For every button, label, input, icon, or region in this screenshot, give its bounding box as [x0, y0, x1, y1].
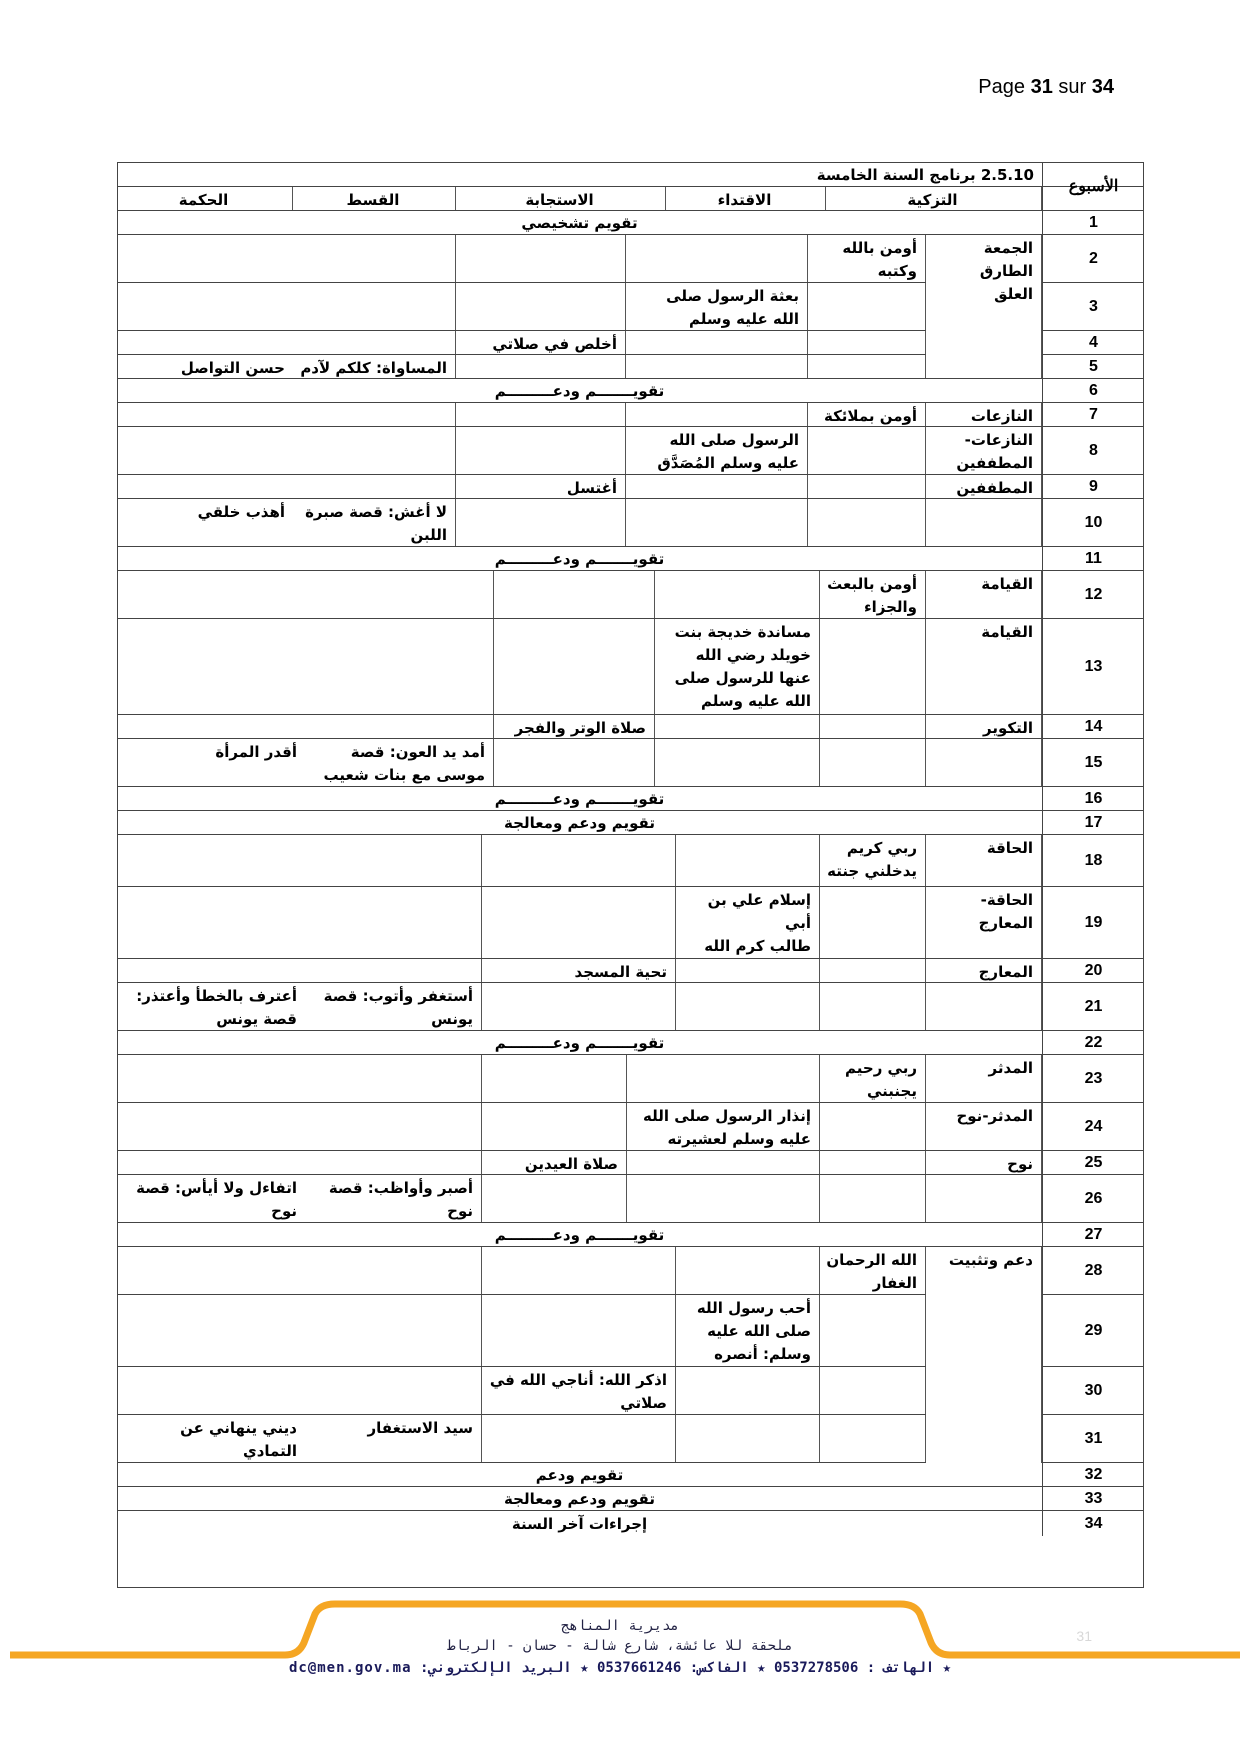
cell-qist: سيد الاستغفار	[305, 1415, 482, 1462]
cell-tazkiya	[808, 331, 926, 354]
cell-iqtida: إسلام علي بن أبي طالب كرم الله وجهه	[676, 887, 820, 958]
cell-surah: نوح	[926, 1151, 1042, 1174]
table-row: أغتسلالمطففين9	[117, 474, 1144, 498]
cell-qist	[293, 331, 456, 354]
page-sep: sur	[1058, 76, 1086, 98]
page-number: Page 31 sur 34	[978, 76, 1114, 99]
cell-tazkiya: أومن بالله وكتبه ورسله	[808, 235, 926, 282]
col-header-tazkiya: التزكية	[826, 187, 1042, 210]
cell-hikma	[117, 887, 305, 958]
cell-qist	[293, 427, 456, 474]
cell-iqtida: أحب رسول الله صلى الله عليه وسلم: أنصره	[676, 1295, 820, 1366]
week-span-label: تقويـــــــم ودعـــــــــم	[117, 787, 1042, 810]
cell-qist	[305, 887, 482, 958]
cell-istijaba	[456, 355, 626, 378]
week-number: 20	[1042, 959, 1144, 982]
cell-hikma	[117, 235, 293, 282]
cell-iqtida	[626, 499, 808, 546]
week-number: 14	[1042, 715, 1144, 738]
program-table: 2.5.10 برنامج السنة الخامسة الحكمة القسط…	[117, 162, 1144, 1588]
cell-surah: الجمعة الطارق العلق	[926, 235, 1042, 355]
cell-hikma: أهذب خلقي	[117, 499, 293, 546]
cell-istijaba	[494, 739, 655, 786]
cell-iqtida	[627, 1055, 820, 1102]
week-number: 15	[1042, 739, 1144, 786]
ghost-page-number: 31	[1076, 1628, 1092, 1644]
week-number: 7	[1042, 403, 1144, 426]
cell-istijaba	[482, 835, 676, 886]
cell-surah	[926, 739, 1042, 786]
week-number: 6	[1042, 379, 1144, 402]
cell-istijaba	[482, 1247, 676, 1294]
cell-istijaba	[494, 571, 655, 618]
table-row: أقدر المرأةأمد يد العون: قصة موسى مع بنا…	[117, 738, 1144, 786]
week-number: 33	[1042, 1487, 1144, 1510]
table-row: تقويـــــــم ودعـــــــــم11	[117, 546, 1144, 570]
table-header-row: الحكمة القسط الاستجابة الاقتداء التزكية	[117, 186, 1144, 210]
table-row: حسن التواصلالمساواة: كلكم لآدم5	[117, 354, 1144, 378]
cell-iqtida: مساندة خديجة بنت خويلد رضي الله عنها للر…	[655, 619, 820, 714]
cell-qist	[305, 619, 494, 714]
week-number: 24	[1042, 1103, 1144, 1150]
cell-istijaba	[482, 1295, 676, 1366]
table-row: صلاة الوتر والفجرالتكوير14	[117, 714, 1144, 738]
table-row: صلاة العيديننوح25	[117, 1150, 1144, 1174]
cell-qist	[293, 403, 456, 426]
week-span-label: إجراءات آخر السنة	[117, 1511, 1042, 1536]
cell-qist	[305, 571, 494, 618]
cell-iqtida	[676, 1247, 820, 1294]
cell-istijaba	[482, 1415, 676, 1462]
week-number: 25	[1042, 1151, 1144, 1174]
cell-hikma	[117, 283, 293, 330]
cell-tazkiya	[820, 959, 926, 982]
cell-hikma: أقدر المرأة	[117, 739, 305, 786]
cell-hikma	[117, 1247, 305, 1294]
week-number: 18	[1042, 835, 1144, 886]
footer: مديرية المناهج ملحقة للا عائشة، شارع شال…	[0, 1600, 1240, 1740]
cell-hikma	[117, 1295, 305, 1366]
cell-hikma: حسن التواصل	[117, 355, 293, 378]
cell-qist: لا أغش: قصة صبرة اللبن	[293, 499, 456, 546]
week-number: 21	[1042, 983, 1144, 1030]
cell-iqtida	[655, 571, 820, 618]
cell-qist: أستغفر وأتوب: قصة يونس	[305, 983, 482, 1030]
week-number: 9	[1042, 475, 1144, 498]
col-header-istijaba: الاستجابة	[456, 187, 666, 210]
cell-iqtida	[626, 475, 808, 498]
week-span-label: تقويم ودعم	[117, 1463, 1042, 1486]
cell-iqtida	[627, 1151, 820, 1174]
cell-hikma	[117, 475, 293, 498]
week-span-label: تقويم تشخيصي	[117, 211, 1042, 234]
cell-iqtida	[676, 983, 820, 1030]
col-header-hikma: الحكمة	[117, 187, 293, 210]
cell-tazkiya: ربي رحيم يجنبني عذابه	[820, 1055, 926, 1102]
cell-surah	[926, 1175, 1042, 1222]
cell-surah: القيامة	[926, 619, 1042, 714]
cell-qist: أصبر وأواظب: قصة نوح	[305, 1175, 482, 1222]
cell-tazkiya	[820, 1103, 926, 1150]
cell-qist	[293, 283, 456, 330]
cell-qist: أمد يد العون: قصة موسى مع بنات شعيب	[305, 739, 494, 786]
cell-istijaba	[482, 1175, 627, 1222]
cell-qist	[305, 715, 494, 738]
cell-surah: المطففين	[926, 475, 1042, 498]
cell-tazkiya	[820, 1367, 926, 1414]
cell-qist	[305, 1055, 482, 1102]
cell-istijaba	[482, 887, 676, 958]
table-row: تقويم ودعم ومعالجة33	[117, 1486, 1144, 1510]
week-span-label: تقويـــــــم ودعـــــــــم	[117, 1031, 1042, 1054]
table-row: الله الرحمان الغفار التوابدعم وتثبيت28	[117, 1246, 1144, 1294]
table-row: أهذب خلقيلا أغش: قصة صبرة اللبن10	[117, 498, 1144, 546]
week-number: 23	[1042, 1055, 1144, 1102]
table-row: إجراءات آخر السنة34	[117, 1510, 1144, 1536]
week-span-label: تقويم ودعم ومعالجة	[117, 1487, 1042, 1510]
page-total: 34	[1092, 76, 1114, 98]
table-row: أومن بالبعث والجزاءالقيامة12	[117, 570, 1144, 618]
cell-tazkiya: أومن بالبعث والجزاء	[820, 571, 926, 618]
cell-iqtida: بعثة الرسول صلى الله عليه وسلم	[626, 283, 808, 330]
cell-iqtida	[655, 739, 820, 786]
week-number: 17	[1042, 811, 1144, 834]
table-row: الرسول صلى الله عليه وسلم المُصَدَّقالنا…	[117, 426, 1144, 474]
cell-qist	[305, 1103, 482, 1150]
cell-surah: المدثر-نوح	[926, 1103, 1042, 1150]
table-row: إنذار الرسول صلى الله عليه وسلم لعشيرتها…	[117, 1102, 1144, 1150]
cell-tazkiya	[808, 283, 926, 330]
cell-tazkiya	[820, 1175, 926, 1222]
cell-istijaba: تحية المسجد	[482, 959, 676, 982]
page-current: 31	[1031, 76, 1053, 98]
cell-istijaba	[456, 427, 626, 474]
cell-hikma	[117, 619, 305, 714]
cell-iqtida	[626, 355, 808, 378]
table-row: أومن بملائكة اللهالنازعات7	[117, 402, 1144, 426]
week-number: 34	[1042, 1511, 1144, 1536]
cell-surah: القيامة	[926, 571, 1042, 618]
cell-hikma	[117, 331, 293, 354]
cell-tazkiya	[808, 427, 926, 474]
cell-tazkiya	[820, 887, 926, 958]
cell-hikma	[117, 403, 293, 426]
cell-tazkiya	[820, 715, 926, 738]
cell-iqtida	[676, 835, 820, 886]
cell-istijaba: أخلص في صلاتي	[456, 331, 626, 354]
table-row: ربي رحيم يجنبني عذابهالمدثر23	[117, 1054, 1144, 1102]
cell-surah: المدثر	[926, 1055, 1042, 1102]
cell-iqtida	[676, 959, 820, 982]
cell-surah: الحاقة	[926, 835, 1042, 886]
table-row: تقويم ودعم32	[117, 1462, 1144, 1486]
table-row: ربي كريم يدخلني جنتهالحاقة18	[117, 834, 1144, 886]
cell-iqtida	[626, 331, 808, 354]
footer-org: مديرية المناهج	[0, 1618, 1240, 1634]
table-row: تقويـــــــم ودعـــــــــم27	[117, 1222, 1144, 1246]
table-row: مساندة خديجة بنت خويلد رضي الله عنها للر…	[117, 618, 1144, 714]
table-row: تحية المسجدالمعارج20	[117, 958, 1144, 982]
cell-surah	[926, 499, 1042, 546]
cell-istijaba	[456, 403, 626, 426]
week-number: 12	[1042, 571, 1144, 618]
cell-hikma	[117, 427, 293, 474]
week-number: 29	[1042, 1295, 1144, 1366]
table-row: تقويم ودعم ومعالجة17	[117, 810, 1144, 834]
cell-istijaba	[456, 499, 626, 546]
week-number: 28	[1042, 1247, 1144, 1294]
cell-tazkiya	[820, 619, 926, 714]
table-title-row: 2.5.10 برنامج السنة الخامسة	[117, 162, 1144, 186]
cell-hikma: أعترف بالخطأ وأعتذر: قصة يونس	[117, 983, 305, 1030]
week-number: 30	[1042, 1367, 1144, 1414]
table-title: 2.5.10 برنامج السنة الخامسة	[117, 162, 1042, 186]
cell-surah: المعارج	[926, 959, 1042, 982]
cell-tazkiya: أومن بملائكة الله	[808, 403, 926, 426]
cell-istijaba: أغتسل	[456, 475, 626, 498]
cell-istijaba	[456, 283, 626, 330]
cell-iqtida	[655, 715, 820, 738]
cell-hikma	[117, 1055, 305, 1102]
table-row: أومن بالله وكتبه ورسلهالجمعة الطارق العل…	[117, 234, 1144, 282]
table-row: تقويـــــــم ودعـــــــــم16	[117, 786, 1144, 810]
cell-tazkiya	[808, 475, 926, 498]
cell-qist	[305, 959, 482, 982]
cell-surah: الحاقة- المعارج	[926, 887, 1042, 958]
week-number: 2	[1042, 235, 1144, 282]
table-row: اتفاءل ولا أيأس: قصة نوحأصبر وأواظب: قصة…	[117, 1174, 1144, 1222]
cell-qist: المساواة: كلكم لآدم	[293, 355, 456, 378]
cell-istijaba: صلاة الوتر والفجر	[494, 715, 655, 738]
cell-hikma	[117, 1151, 305, 1174]
footer-contact: ★ الهاتف : 0537278506 ★ الفاكس: 05376612…	[0, 1660, 1240, 1676]
cell-qist	[305, 1295, 482, 1366]
week-header: الأسبوع	[1042, 162, 1144, 210]
cell-surah: النازعات	[926, 403, 1042, 426]
cell-iqtida	[676, 1367, 820, 1414]
week-span-label: تقويم ودعم ومعالجة	[117, 811, 1042, 834]
week-number: 31	[1042, 1415, 1144, 1462]
cell-iqtida	[626, 235, 808, 282]
col-header-iqtida: الاقتداء	[666, 187, 826, 210]
table-row: تقويـــــــم ودعـــــــــم22	[117, 1030, 1144, 1054]
cell-tazkiya	[820, 983, 926, 1030]
cell-iqtida	[626, 403, 808, 426]
cell-hikma: اتفاءل ولا أيأس: قصة نوح	[117, 1175, 305, 1222]
week-number: 32	[1042, 1463, 1144, 1486]
week-number: 11	[1042, 547, 1144, 570]
table-row: إسلام علي بن أبي طالب كرم الله وجههالحاق…	[117, 886, 1144, 958]
table-row: أعترف بالخطأ وأعتذر: قصة يونسأستغفر وأتو…	[117, 982, 1144, 1030]
cell-qist	[293, 475, 456, 498]
cell-qist	[305, 1367, 482, 1414]
week-number: 10	[1042, 499, 1144, 546]
week-number: 26	[1042, 1175, 1144, 1222]
cell-hikma: ديني ينهاني عن التمادي في الخطأ	[117, 1415, 305, 1462]
cell-tazkiya: ربي كريم يدخلني جنته	[820, 835, 926, 886]
cell-qist	[305, 1151, 482, 1174]
week-number: 5	[1042, 355, 1144, 378]
cell-surah	[926, 983, 1042, 1030]
cell-tazkiya	[808, 355, 926, 378]
week-number: 8	[1042, 427, 1144, 474]
cell-hikma	[117, 1367, 305, 1414]
week-number: 4	[1042, 331, 1144, 354]
table-row: تقويـــــــم ودعـــــــــم6	[117, 378, 1144, 402]
cell-istijaba: صلاة العيدين	[482, 1151, 627, 1174]
week-number: 19	[1042, 887, 1144, 958]
cell-istijaba	[482, 1055, 627, 1102]
cell-hikma	[117, 715, 305, 738]
footer-address: ملحقة للا عائشة، شارع شالة - حسان - الرب…	[0, 1638, 1240, 1654]
week-number: 16	[1042, 787, 1144, 810]
week-span-label: تقويـــــــم ودعـــــــــم	[117, 1223, 1042, 1246]
cell-istijaba	[456, 235, 626, 282]
cell-surah: النازعات- المطففين	[926, 427, 1042, 474]
cell-tazkiya	[808, 499, 926, 546]
week-number: 13	[1042, 619, 1144, 714]
cell-tazkiya	[820, 739, 926, 786]
cell-hikma	[117, 1103, 305, 1150]
col-header-qist: القسط	[293, 187, 456, 210]
cell-qist	[305, 835, 482, 886]
table-row: تقويم تشخيصي1	[117, 210, 1144, 234]
week-span-label: تقويـــــــم ودعـــــــــم	[117, 547, 1042, 570]
cell-surah: دعم وتثبيت	[926, 1247, 1042, 1463]
cell-tazkiya	[820, 1151, 926, 1174]
week-span-label: تقويـــــــم ودعـــــــــم	[117, 379, 1042, 402]
cell-istijaba	[494, 619, 655, 714]
cell-hikma	[117, 835, 305, 886]
week-number: 22	[1042, 1031, 1144, 1054]
week-number: 3	[1042, 283, 1144, 330]
cell-istijaba: اذكر الله: أناجي الله في صلاتي	[482, 1367, 676, 1414]
week-number: 27	[1042, 1223, 1144, 1246]
page-label: Page	[978, 76, 1025, 98]
cell-hikma	[117, 571, 305, 618]
cell-istijaba	[482, 983, 676, 1030]
cell-iqtida	[676, 1415, 820, 1462]
cell-iqtida	[627, 1175, 820, 1222]
week-number: 1	[1042, 211, 1144, 234]
cell-iqtida: الرسول صلى الله عليه وسلم المُصَدَّق	[626, 427, 808, 474]
cell-surah: التكوير	[926, 715, 1042, 738]
cell-surah	[926, 355, 1042, 378]
cell-qist	[305, 1247, 482, 1294]
cell-qist	[293, 235, 456, 282]
cell-tazkiya: الله الرحمان الغفار التواب	[820, 1247, 926, 1294]
cell-iqtida: إنذار الرسول صلى الله عليه وسلم لعشيرته	[627, 1103, 820, 1150]
cell-tazkiya	[820, 1295, 926, 1366]
cell-tazkiya	[820, 1415, 926, 1462]
cell-hikma	[117, 959, 305, 982]
cell-istijaba	[482, 1103, 627, 1150]
